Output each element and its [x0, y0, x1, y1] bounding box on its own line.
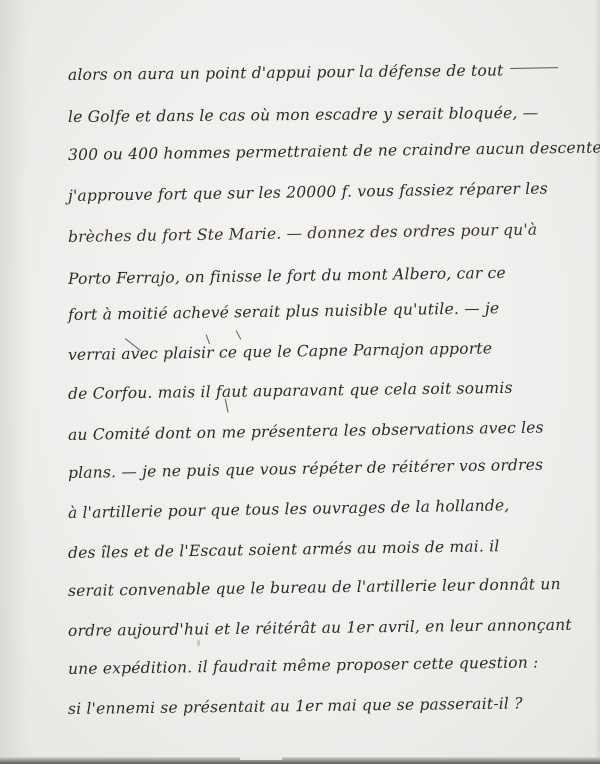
- manuscript-line-5: brèches du fort Ste Marie. — donnez des …: [68, 221, 538, 246]
- manuscript-line-16: une expédition. il faudrait même propose…: [68, 653, 539, 678]
- manuscript-line-11: plans. — je ne puis que vous répéter de …: [68, 456, 544, 482]
- paper-stain: [197, 640, 200, 646]
- manuscript-line-9: de Corfou. mais il faut auparavant que c…: [68, 379, 513, 403]
- page-edge-right: [594, 0, 600, 764]
- manuscript-line-12: à l'artillerie pour que tous les ouvrage…: [68, 496, 510, 522]
- manuscript-line-10: au Comité dont on me présentera les obse…: [68, 419, 544, 444]
- manuscript-line-14: serait convenable que le bureau de l'art…: [68, 575, 561, 600]
- manuscript-line-2: le Golfe et dans le cas où mon escadre y…: [68, 104, 539, 126]
- manuscript-line-4: j'approuve fort que sur les 20000 f. vou…: [68, 179, 548, 205]
- manuscript-line-17: si l'ennemi se présentait au 1er mai que…: [68, 694, 523, 718]
- page-shadow-left: [0, 0, 28, 764]
- page-edge-bottom: [0, 757, 600, 764]
- page-edge-gap: [240, 757, 282, 760]
- manuscript-line-1: alors on aura un point d'appui pour la d…: [68, 61, 504, 84]
- manuscript-line-15: ordre aujourd'hui et le réitérât au 1er …: [68, 616, 572, 640]
- manuscript-line-6: Porto Ferrajo, on finisse le fort du mon…: [68, 264, 506, 288]
- manuscript-page: alors on aura un point d'appui pour la d…: [0, 0, 600, 764]
- manuscript-line-13: des îles et de l'Escaut soient armés au …: [68, 537, 500, 562]
- manuscript-line-3: 300 ou 400 hommes permettraient de ne cr…: [68, 138, 600, 164]
- ink-flourish-stroke: [510, 67, 558, 69]
- ink-stray-mark: [235, 330, 241, 339]
- manuscript-line-7: fort à moitié achevé serait plus nuisibl…: [68, 299, 500, 324]
